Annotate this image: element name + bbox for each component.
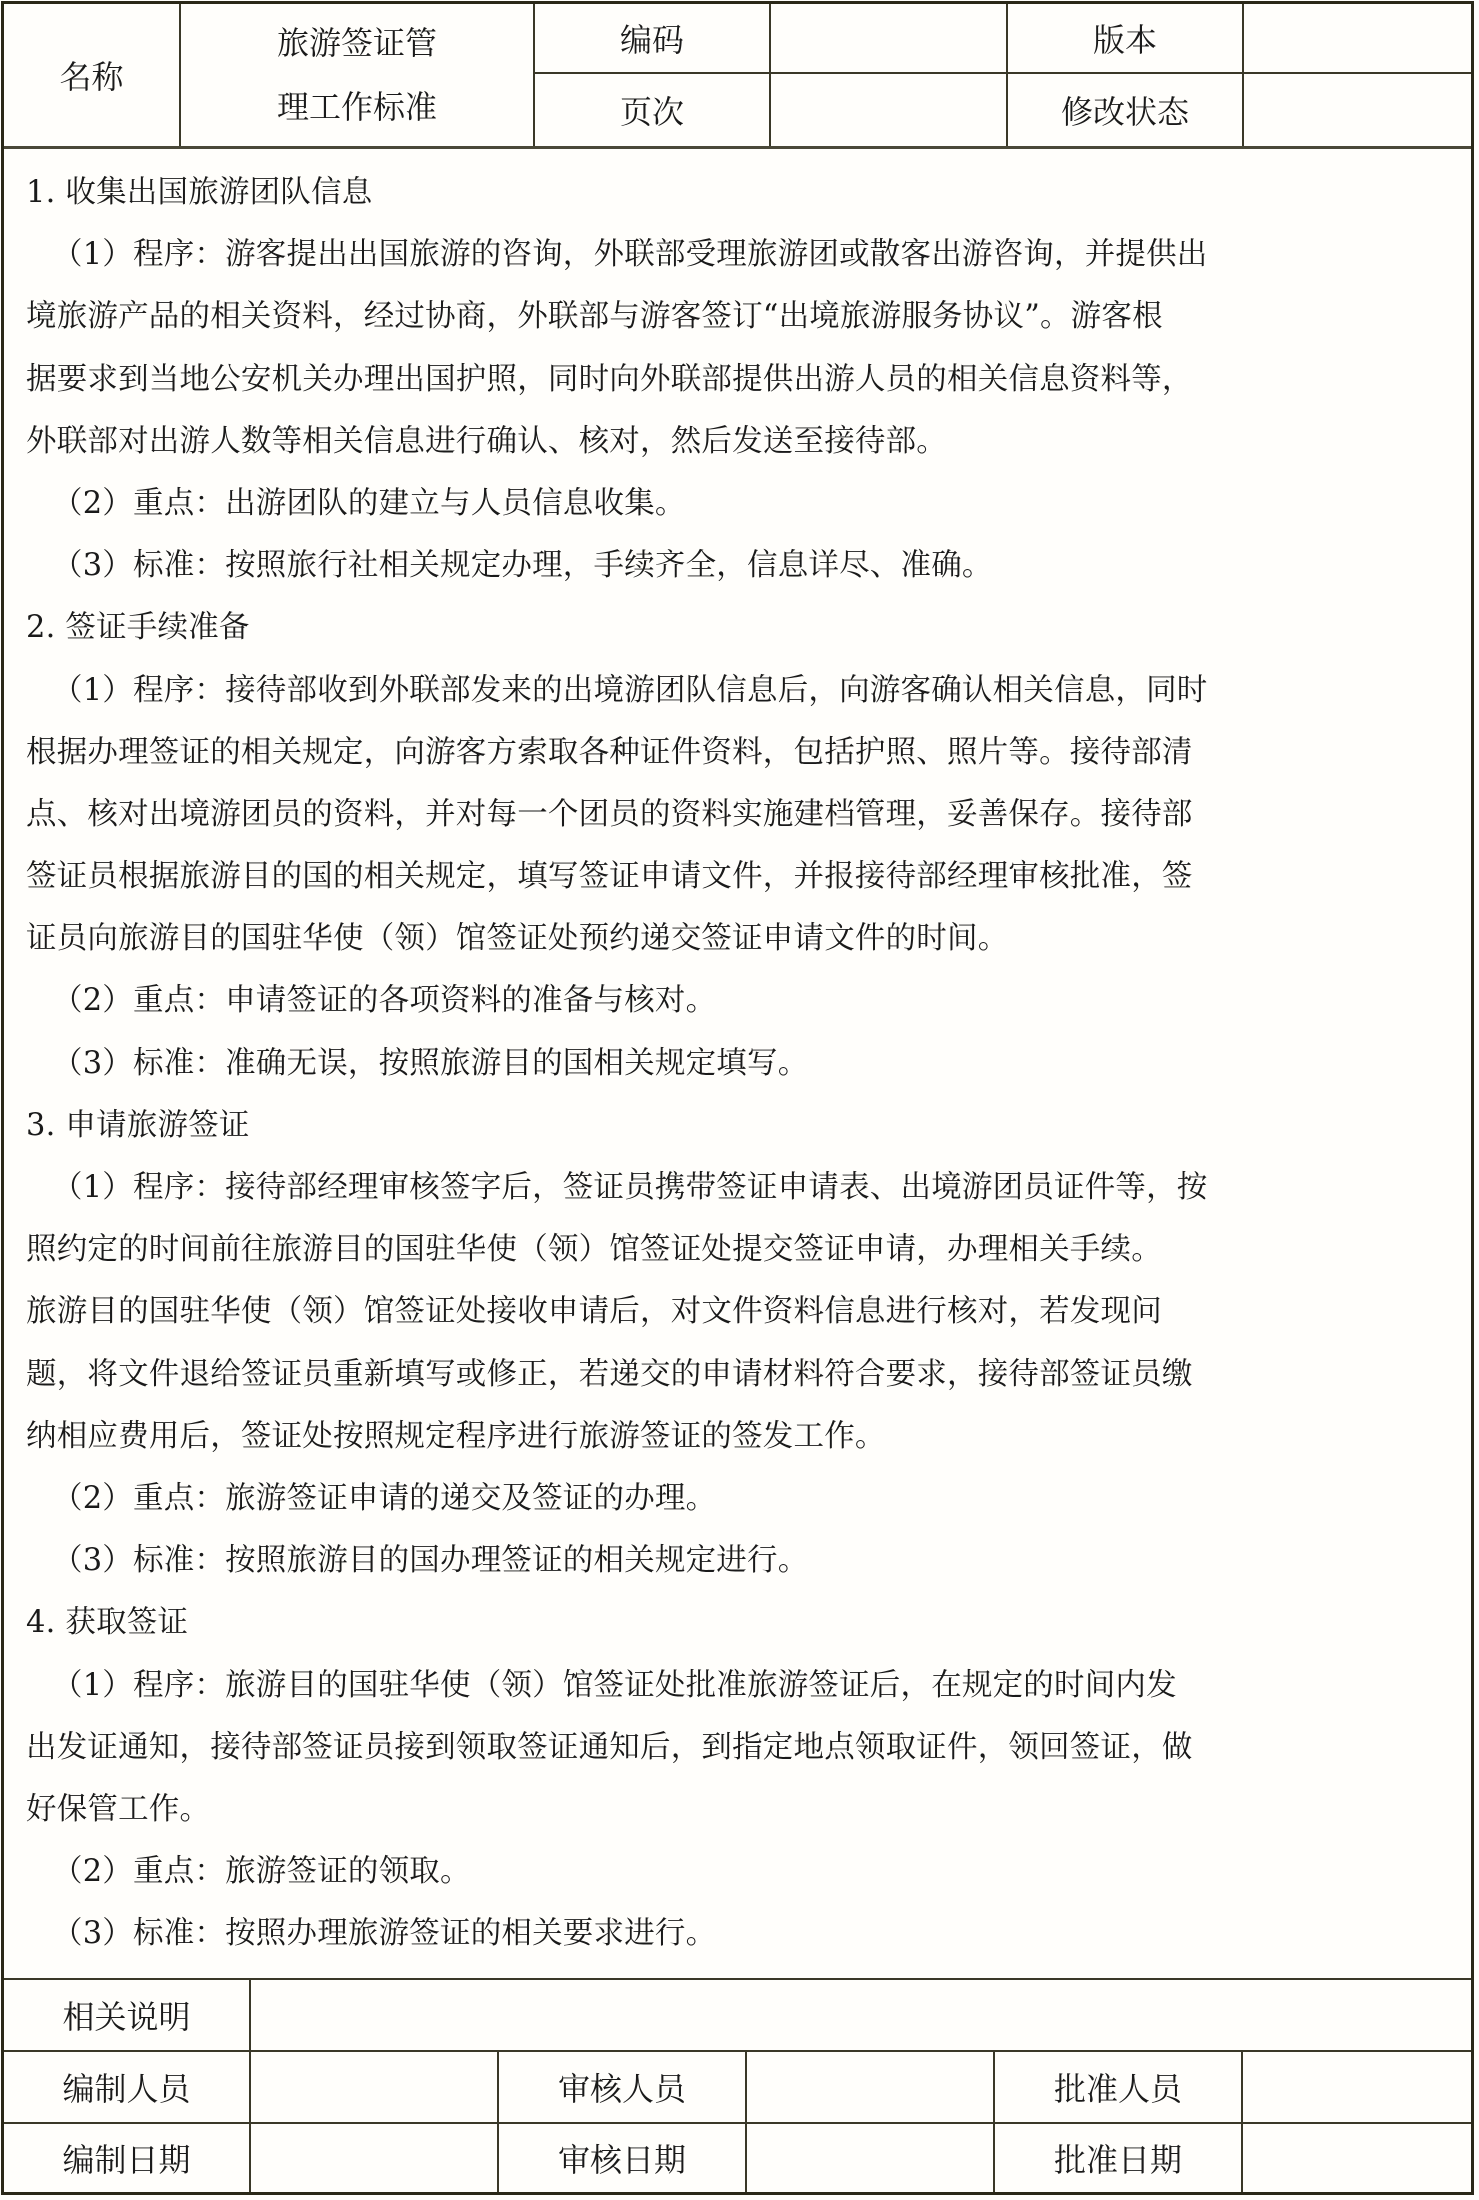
sub-item-line: （1）程序：接待部经理审核签字后，签证员携带签证申请表、出境游团员证件等，按 [26, 1157, 1456, 1219]
reviewed-by-label: 审核人员 [499, 2052, 745, 2122]
approved-date-value[interactable] [1243, 2124, 1471, 2192]
paragraph-line: 点、核对出境游团员的资料，并对每一个团员的资料实施建档管理，妥善保存。接待部 [26, 784, 1456, 846]
sub-item-line: （3）标准：按照办理旅游签证的相关要求进行。 [26, 1903, 1456, 1965]
paragraph-line: 根据办理签证的相关规定，向游客方索取各种证件资料，包括护照、照片等。接待部清 [26, 722, 1456, 784]
paragraph-line: 外联部对出游人数等相关信息进行确认、核对，然后发送至接待部。 [26, 411, 1456, 473]
title-line-1: 旅游签证管 [277, 11, 437, 75]
paragraph-line: 签证员根据旅游目的国的相关规定，填写签证申请文件，并报接待部经理审核批准，签 [26, 846, 1456, 908]
code-label: 编码 [535, 4, 769, 72]
procedure-content: 1. 收集出国旅游团队信息（1）程序：游客提出出国旅游的咨询，外联部受理旅游团或… [26, 162, 1456, 1965]
page-value[interactable] [771, 74, 1006, 146]
notes-label: 相关说明 [4, 1980, 249, 2050]
prepared-by-label: 编制人员 [4, 2052, 249, 2122]
code-value[interactable] [771, 4, 1006, 72]
sub-item-line: （1）程序：游客提出出国旅游的咨询，外联部受理旅游团或散客出游咨询，并提供出 [26, 224, 1456, 286]
document-title: 旅游签证管 理工作标准 [181, 4, 533, 146]
sub-item-line: （2）重点：申请签证的各项资料的准备与核对。 [26, 970, 1456, 1032]
sub-item-line: （2）重点：旅游签证的领取。 [26, 1841, 1456, 1903]
sub-item-line: （3）标准：按照旅行社相关规定办理，手续齐全，信息详尽、准确。 [26, 535, 1456, 597]
footer-table: 相关说明 编制人员 审核人员 批准人员 编制日期 审核日期 [4, 1978, 1471, 2192]
section-heading: 4. 获取签证 [26, 1592, 1456, 1654]
name-label: 名称 [4, 4, 179, 146]
paragraph-line: 据要求到当地公安机关办理出国护照，同时向外联部提供出游人员的相关信息资料等， [26, 349, 1456, 411]
approved-by-label: 批准人员 [995, 2052, 1241, 2122]
paragraph-line: 好保管工作。 [26, 1779, 1456, 1841]
personnel-row: 编制人员 审核人员 批准人员 [4, 2052, 1471, 2122]
dates-row: 编制日期 审核日期 批准日期 [4, 2124, 1471, 2192]
title-line-2: 理工作标准 [277, 75, 437, 139]
version-label: 版本 [1008, 4, 1242, 72]
reviewed-by-value[interactable] [747, 2052, 993, 2122]
section-heading: 3. 申请旅游签证 [26, 1095, 1456, 1157]
page-label: 页次 [535, 74, 769, 146]
document-frame: 名称 旅游签证管 理工作标准 编码 版本 页次 修改状态 1. 收集出国旅游团队… [1, 1, 1474, 2195]
reviewed-date-label: 审核日期 [499, 2124, 745, 2192]
paragraph-line: 境旅游产品的相关资料，经过协商，外联部与游客签订“出境旅游服务协议”。游客根 [26, 286, 1456, 348]
sub-item-line: （1）程序：旅游目的国驻华使（领）馆签证处批准旅游签证后，在规定的时间内发 [26, 1655, 1456, 1717]
paragraph-line: 出发证通知，接待部签证员接到领取签证通知后，到指定地点领取证件，领回签证，做 [26, 1717, 1456, 1779]
prepared-by-value[interactable] [251, 2052, 497, 2122]
sub-item-line: （2）重点：旅游签证申请的递交及签证的办理。 [26, 1468, 1456, 1530]
section-heading: 1. 收集出国旅游团队信息 [26, 162, 1456, 224]
header-table: 名称 旅游签证管 理工作标准 编码 版本 页次 修改状态 [4, 4, 1471, 149]
version-value[interactable] [1244, 4, 1474, 72]
revision-value[interactable] [1244, 74, 1474, 146]
paragraph-line: 证员向旅游目的国驻华使（领）馆签证处预约递交签证申请文件的时间。 [26, 908, 1456, 970]
notes-row: 相关说明 [4, 1980, 1471, 2050]
paragraph-line: 旅游目的国驻华使（领）馆签证处接收申请后，对文件资料信息进行核对，若发现问 [26, 1281, 1456, 1343]
section-heading: 2. 签证手续准备 [26, 597, 1456, 659]
notes-value[interactable] [251, 1980, 1471, 2050]
paragraph-line: 纳相应费用后，签证处按照规定程序进行旅游签证的签发工作。 [26, 1406, 1456, 1468]
paragraph-line: 题，将文件退给签证员重新填写或修正，若递交的申请材料符合要求，接待部签证员缴 [26, 1344, 1456, 1406]
approved-date-label: 批准日期 [995, 2124, 1241, 2192]
sub-item-line: （3）标准：准确无误，按照旅游目的国相关规定填写。 [26, 1033, 1456, 1095]
paragraph-line: 照约定的时间前往旅游目的国驻华使（领）馆签证处提交签证申请，办理相关手续。 [26, 1219, 1456, 1281]
prepared-date-value[interactable] [251, 2124, 497, 2192]
prepared-date-label: 编制日期 [4, 2124, 249, 2192]
revision-label: 修改状态 [1008, 74, 1242, 146]
sub-item-line: （3）标准：按照旅游目的国办理签证的相关规定进行。 [26, 1530, 1456, 1592]
reviewed-date-value[interactable] [747, 2124, 993, 2192]
approved-by-value[interactable] [1243, 2052, 1471, 2122]
sub-item-line: （2）重点：出游团队的建立与人员信息收集。 [26, 473, 1456, 535]
sub-item-line: （1）程序：接待部收到外联部发来的出境游团队信息后，向游客确认相关信息，同时 [26, 660, 1456, 722]
